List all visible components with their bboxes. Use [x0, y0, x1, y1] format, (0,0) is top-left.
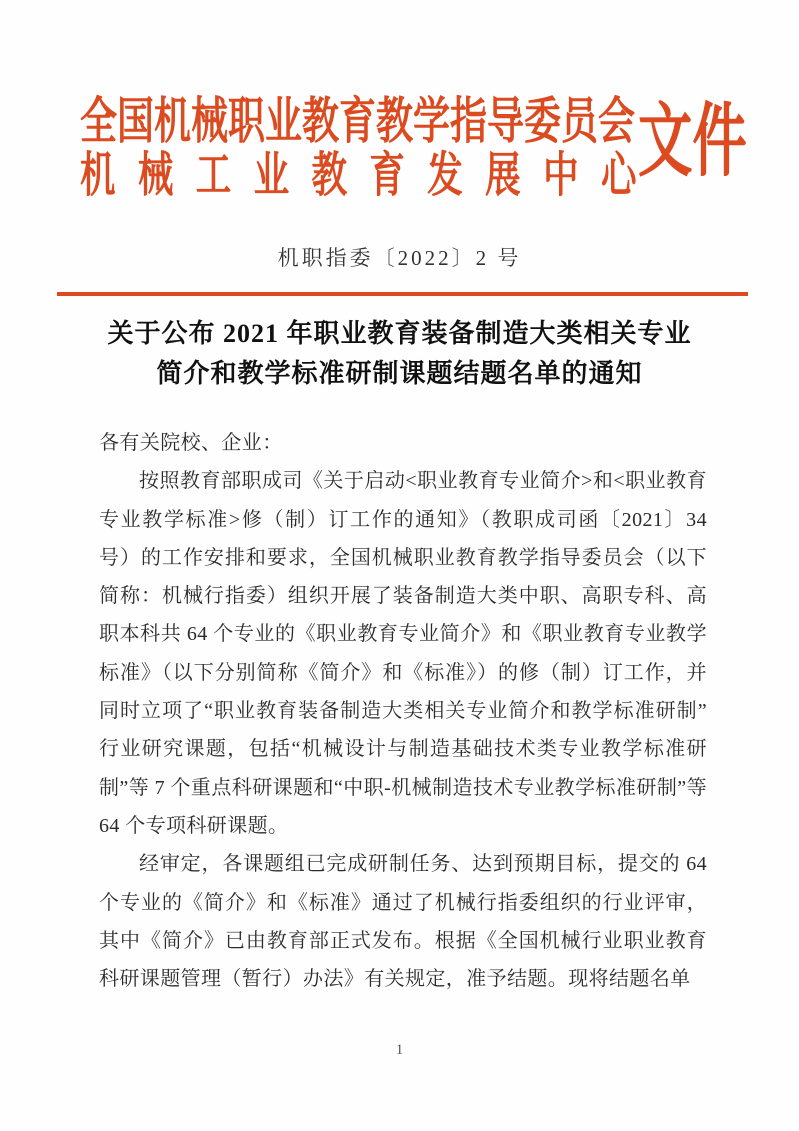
notice-body: 各有关院校、企业： 按照教育部职成司《关于启动<职业教育专业简介>和<职业教育专…: [99, 424, 707, 998]
letterhead-org-line-1: 全国机械职业教育教学指导委员会: [80, 94, 636, 149]
body-paragraph-1: 按照教育部职成司《关于启动<职业教育专业简介>和<职业教育专业教学标准>修（制）…: [99, 462, 707, 845]
notice-title: 关于公布 2021 年职业教育装备制造大类相关专业 简介和教学标准研制课题结题名…: [0, 314, 799, 394]
letterhead: 全国机械职业教育教学指导委员会 机械工业教育发展中心: [80, 94, 636, 202]
body-paragraph-2: 经审定，各课题组已完成研制任务、达到预期目标，提交的 64 个专业的《简介》和《…: [99, 845, 707, 998]
letterhead-org-line-2: 机械工业教育发展中心: [80, 149, 636, 202]
red-separator-rule: [57, 292, 748, 296]
notice-title-line-1: 关于公布 2021 年职业教育装备制造大类相关专业: [0, 314, 799, 354]
doc-type-label: 文件: [638, 101, 747, 181]
notice-title-line-2: 简介和教学标准研制课题结题名单的通知: [0, 354, 799, 394]
doc-number: 机职指委〔2022〕2 号: [0, 242, 799, 272]
page-number: 1: [0, 1042, 799, 1059]
salutation-line: 各有关院校、企业：: [99, 424, 707, 462]
document-page: 全国机械职业教育教学指导委员会 机械工业教育发展中心 文件 机职指委〔2022〕…: [0, 0, 799, 1131]
